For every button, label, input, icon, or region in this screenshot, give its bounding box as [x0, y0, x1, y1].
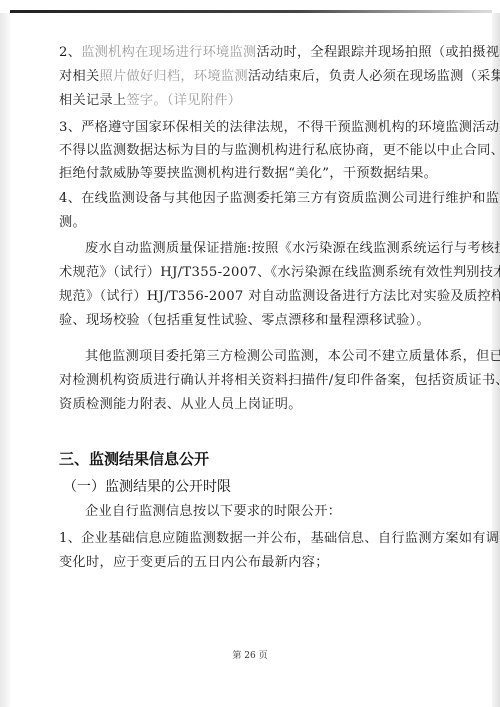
- paragraph-line: 验、现场校验（包括重复性试验、零点漂移和量程漂移试验）。: [59, 313, 430, 329]
- text: 相关记录上: [59, 93, 126, 108]
- paragraph-line: 测。: [59, 215, 86, 231]
- paragraph-line: 1、企业基础信息应随监测数据一并公布，基础信息、自行监测方案如有调整: [59, 531, 500, 547]
- text: 活动时，全程跟踪并现场拍照（或拍摄视频），: [257, 45, 500, 60]
- paragraph-line: 对检测机构资质进行确认并将相关资料扫描件/复印件备案，包括资质证书、: [59, 373, 500, 389]
- faded-text: 照片做好归档，环境监测: [99, 69, 247, 84]
- subsection-heading: （一）监测结果的公开时限: [63, 476, 231, 496]
- paragraph-line: 拒绝付款威胁等要挟监测机构进行数据“美化”，干预数据结果。: [59, 166, 437, 182]
- page-number: 第 26 页: [0, 648, 500, 661]
- paragraph-line: 不得以监测数据达标为目的与监测机构进行私底协商，更不能以中止合同、: [59, 143, 500, 159]
- paragraph-line: 废水自动监测质量保证措施:按照《水污染源在线监测系统运行与考核技: [85, 241, 500, 257]
- text: 对相关: [59, 69, 99, 84]
- paragraph-line: 资质检测能力附表、从业人员上岗证明。: [59, 397, 302, 413]
- paragraph-line: 其他监测项目委托第三方检测公司监测，本公司不建立质量体系，但已: [85, 349, 500, 365]
- paragraph-line: 企业自行监测信息按以下要求的时限公开：: [85, 504, 341, 520]
- faded-text: 监测机构在现场进行环境监测: [81, 45, 256, 60]
- section-heading: 三、监测结果信息公开: [59, 448, 209, 469]
- text: 活动结束后，负责人必须在现场监测（采集）: [248, 69, 500, 84]
- scan-left-edge: [0, 13, 10, 707]
- paragraph-line: 对相关照片做好归档，环境监测活动结束后，负责人必须在现场监测（采集）: [59, 69, 500, 85]
- paragraph-line: 2、监测机构在现场进行环境监测活动时，全程跟踪并现场拍照（或拍摄视频），: [59, 45, 500, 61]
- paragraph-line: 4、在线监测设备与其他因子监测委托第三方有资质监测公司进行维护和监: [59, 191, 499, 207]
- paragraph-line: 术规范》（试行）HJ/T355-2007、《水污染源在线监测系统有效性判别技术: [59, 265, 500, 281]
- text: 2、: [59, 45, 81, 60]
- faded-text: 签字。（详见附件）: [126, 93, 241, 108]
- scan-top-edge: [10, 10, 492, 13]
- paragraph-line: 3、严格遵守国家环保相关的法律法规，不得干预监测机构的环境监测活动，: [59, 120, 500, 136]
- paragraph-line: 规范》（试行）HJ/T356-2007 对自动监测设备进行方法比对实验及质控样试: [59, 289, 500, 305]
- paragraph-line: 相关记录上签字。（详见附件）: [59, 93, 241, 109]
- paragraph-line: 变化时，应于变更后的五日内公布最新内容；: [59, 555, 329, 571]
